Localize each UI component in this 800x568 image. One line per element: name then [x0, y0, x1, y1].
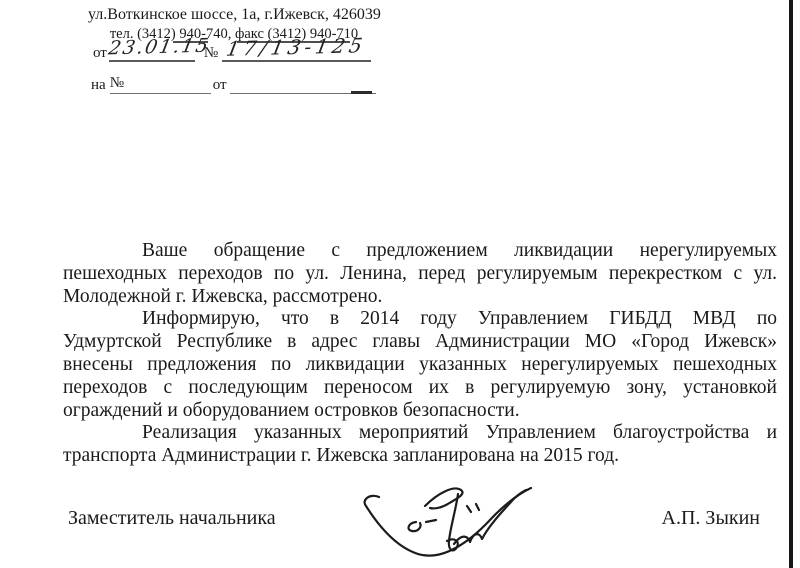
date-field: 23.01.15	[109, 40, 195, 62]
body-line: Удмуртской Республике в адрес главы Адми…	[63, 331, 777, 354]
body-line: пешеходных переходов по ул. Ленина, пере…	[63, 263, 777, 286]
scan-edge-line	[789, 0, 793, 568]
body-line: Молодежной г. Ижевска, рассмотрено.	[63, 286, 777, 309]
body-line: Информирую, что в 2014 году Управлением …	[63, 308, 777, 331]
signer-name: А.П. Зыкин	[662, 507, 760, 530]
body-line: Ваше обращение с предложением ликвидации…	[63, 240, 777, 263]
outgoing-ref-row: от 23.01.15 № 17/13-125	[93, 42, 371, 62]
from-label: от	[93, 45, 107, 62]
number-field: 17/13-125	[222, 40, 371, 62]
body-line: транспорта Администрации г. Ижевска запл…	[63, 445, 777, 468]
ref-prefix-label: на	[91, 77, 106, 94]
signer-title: Заместитель начальника	[68, 507, 276, 530]
incoming-ref-row: на № от	[91, 74, 376, 94]
scan-mark	[351, 91, 372, 94]
letterhead-address: ул.Воткинское шоссе, 1а, г.Ижевск, 42603…	[88, 6, 380, 24]
body-line: переходов с последующим переносом их в р…	[63, 377, 777, 400]
scanned-letter-page: ул.Воткинское шоссе, 1а, г.Ижевск, 42603…	[0, 0, 800, 568]
body-text: Ваше обращение с предложением ликвидации…	[63, 240, 777, 468]
body-line: Реализация указанных мероприятий Управле…	[63, 422, 777, 445]
handwritten-date: 23.01.15	[107, 39, 211, 56]
handwritten-signature-icon	[350, 481, 550, 565]
letterhead: ул.Воткинское шоссе, 1а, г.Ижевск, 42603…	[88, 6, 380, 110]
body-line: ограждений и оборудованием островков без…	[63, 400, 777, 423]
ref-number-label: №	[110, 75, 124, 91]
incoming-number-field: №	[110, 74, 211, 94]
handwritten-number: 17/13-125	[226, 38, 368, 56]
body-line: внесены предложения по ликвидации указан…	[63, 354, 777, 377]
ref-from-label: от	[213, 77, 227, 94]
